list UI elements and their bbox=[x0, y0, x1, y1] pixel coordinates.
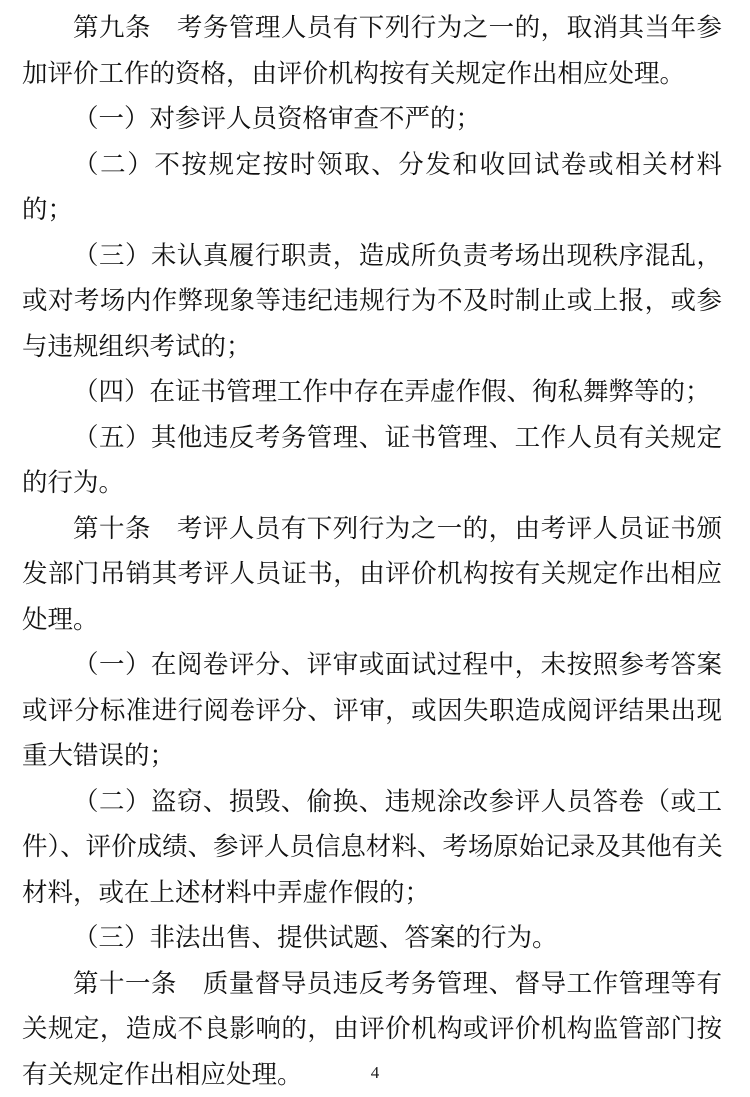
article-9-item-3-line-2: 或对考场内作弊现象等违纪违规行为不及时制止或上报，或参 bbox=[22, 279, 722, 325]
article-10-line-2: 发部门吊销其考评人员证书，由评价机构按有关规定作出相应 bbox=[22, 552, 722, 598]
article-10-item-2-line-2: 件）、评价成绩、参评人员信息材料、考场原始记录及其他有关 bbox=[22, 825, 722, 871]
article-10-item-1-line-2: 或评分标准进行阅卷评分、评审，或因失职造成阅评结果出现 bbox=[22, 689, 722, 735]
article-9-line-1: 第九条 考务管理人员有下列行为之一的，取消其当年参 bbox=[22, 6, 722, 52]
article-9-line-2: 加评价工作的资格，由评价机构按有关规定作出相应处理。 bbox=[22, 52, 722, 98]
page-footer: 4 bbox=[0, 1063, 750, 1083]
article-9-item-4-line-1: （四）在证书管理工作中存在弄虚作假、徇私舞弊等的； bbox=[22, 370, 722, 416]
article-10-item-1-line-1: （一）在阅卷评分、评审或面试过程中，未按照参考答案 bbox=[22, 643, 722, 689]
page-number: 4 bbox=[371, 1063, 380, 1082]
article-10-line-3: 处理。 bbox=[22, 598, 722, 644]
article-9-item-2-line-1: （二）不按规定按时领取、分发和收回试卷或相关材料的； bbox=[22, 143, 722, 234]
article-9-item-3-line-3: 与违规组织考试的； bbox=[22, 325, 722, 371]
article-10-item-2-line-1: （二）盗窃、损毁、偷换、违规涂改参评人员答卷（或工 bbox=[22, 780, 722, 826]
article-11-line-1: 第十一条 质量督导员违反考务管理、督导工作管理等有 bbox=[22, 962, 722, 1008]
article-9-item-5-line-1: （五）其他违反考务管理、证书管理、工作人员有关规定 bbox=[22, 416, 722, 462]
article-10-item-3-line-1: （三）非法出售、提供试题、答案的行为。 bbox=[22, 916, 722, 962]
article-9-item-5-line-2: 的行为。 bbox=[22, 461, 722, 507]
article-9-item-3-line-1: （三）未认真履行职责，造成所负责考场出现秩序混乱， bbox=[22, 234, 722, 280]
article-9-item-1-line-1: （一）对参评人员资格审查不严的； bbox=[22, 97, 722, 143]
article-10-line-1: 第十条 考评人员有下列行为之一的，由考评人员证书颁 bbox=[22, 507, 722, 553]
article-10-item-2-line-3: 材料，或在上述材料中弄虚作假的； bbox=[22, 871, 722, 917]
document-body: 第九条 考务管理人员有下列行为之一的，取消其当年参加评价工作的资格，由评价机构按… bbox=[22, 6, 722, 1097]
article-11-line-2: 关规定，造成不良影响的，由评价机构或评价机构监管部门按 bbox=[22, 1007, 722, 1053]
document-page: 第九条 考务管理人员有下列行为之一的，取消其当年参加评价工作的资格，由评价机构按… bbox=[0, 0, 750, 1097]
article-10-item-1-line-3: 重大错误的； bbox=[22, 734, 722, 780]
